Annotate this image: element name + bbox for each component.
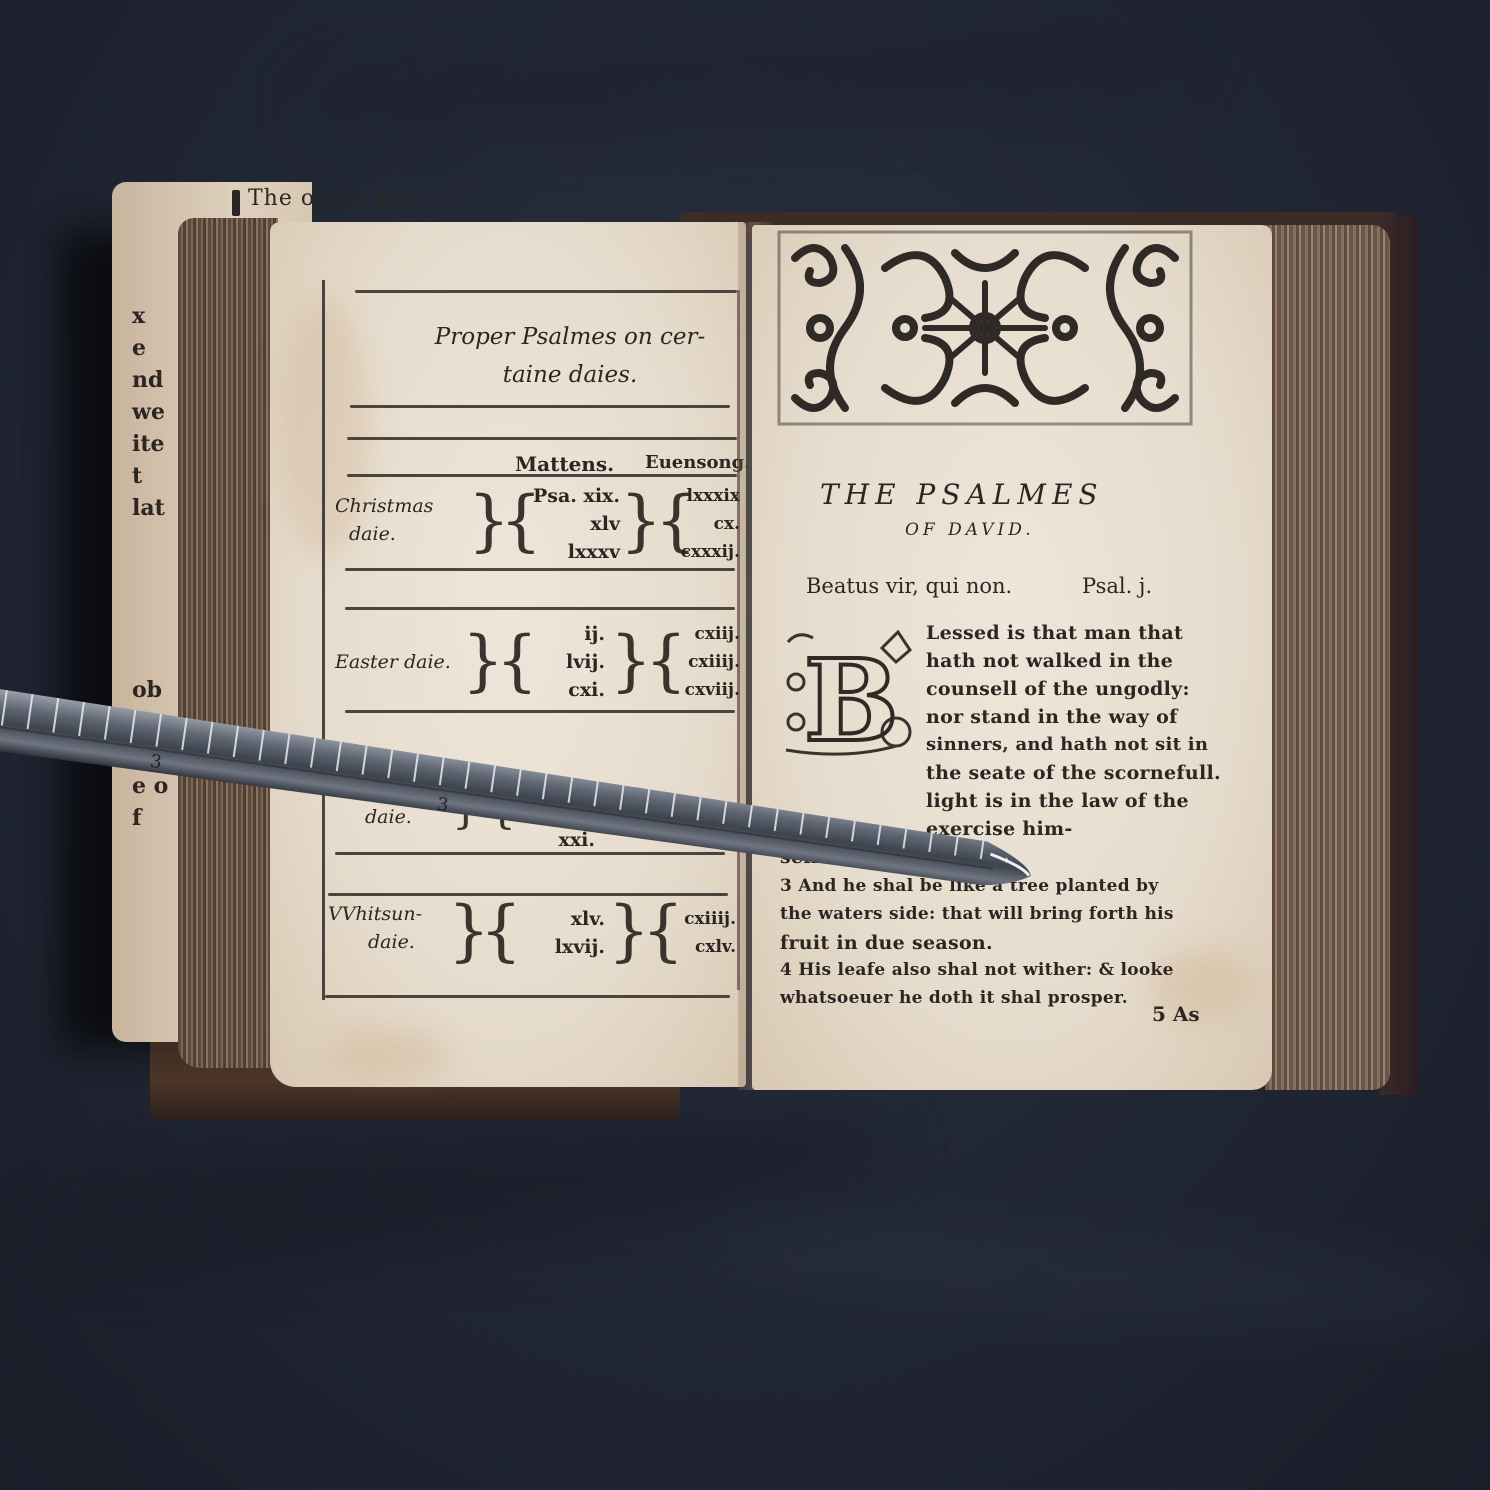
psalm-text-line: whatsoeuer he doth it shal prosper. <box>780 988 1128 1008</box>
page-edges-right <box>1265 225 1390 1090</box>
psalm-text-line: counsell of the ungodly: <box>926 678 1190 700</box>
table-border-left <box>322 280 325 1000</box>
mattens-psalms: ij.lvij.cxi. <box>520 620 605 704</box>
pilcrow-mark <box>232 190 240 216</box>
psalm-reference: Psal. j. <box>1082 574 1152 598</box>
psalm-text-line: light is in the law of the <box>926 790 1189 812</box>
psalter-title: THE PSALMES <box>820 478 1104 511</box>
evensong-psalms: cxiiij.cxlv. <box>658 905 736 961</box>
mattens-psalms: Psa. xix.xlvlxxxv <box>520 482 620 566</box>
table-title: Proper Psalmes on cer- taine daies. <box>410 318 730 394</box>
psalter-subtitle: OF DAVID. <box>905 520 1035 540</box>
psalm-text-line: hath not walked in the <box>926 650 1173 672</box>
psalm-incipit: Beatus vir, qui non. <box>806 574 1012 598</box>
table-rule <box>345 710 735 713</box>
svg-text:B: B <box>804 636 899 762</box>
column-header-evensong: Euensong. <box>645 452 750 473</box>
decorated-initial-b: B <box>778 622 918 762</box>
page-edges-left <box>178 218 278 1068</box>
psalm-text-line: the waters side: that will bring forth h… <box>780 904 1174 924</box>
table-rule <box>355 290 737 293</box>
day-label: Christmasdaie. <box>335 492 433 548</box>
catchword: 5 As <box>1152 1002 1200 1026</box>
foxing-stain <box>330 1030 450 1080</box>
cloth-fold <box>698 1202 1490 1348</box>
day-label: Easter daie. <box>335 648 451 676</box>
evensong-psalms: cxiij.cxiiij.cxviij. <box>660 620 740 704</box>
psalm-text-line: Lessed is that man that <box>926 622 1183 644</box>
psalm-text-line: sinners, and hath not sit in <box>926 734 1208 755</box>
psalm-text-line: 4 His leafe also shal not wither: & look… <box>780 960 1174 980</box>
psalm-text-line: the seate of the scornefull. <box>926 762 1221 784</box>
day-label: VVhitsun-daie. <box>328 900 422 956</box>
table-rule <box>347 437 737 440</box>
table-rule <box>350 405 730 408</box>
table-rule <box>345 607 735 610</box>
psalm-text-line: nor stand in the way of <box>926 706 1178 728</box>
evensong-psalms: lxxxixcx.cxxxij. <box>660 482 740 566</box>
ornamental-headpiece <box>775 228 1195 428</box>
mattens-psalms: xlv.lxvij. <box>515 905 605 961</box>
column-header-mattens: Mattens. <box>515 452 614 476</box>
table-rule <box>345 568 735 571</box>
psalm-text-line: fruit in due season. <box>780 932 993 954</box>
svg-text:3: 3 <box>436 794 450 816</box>
table-rule <box>325 995 730 998</box>
back-leaf-header: The order how <box>248 186 424 211</box>
cloth-fold <box>299 17 1202 144</box>
